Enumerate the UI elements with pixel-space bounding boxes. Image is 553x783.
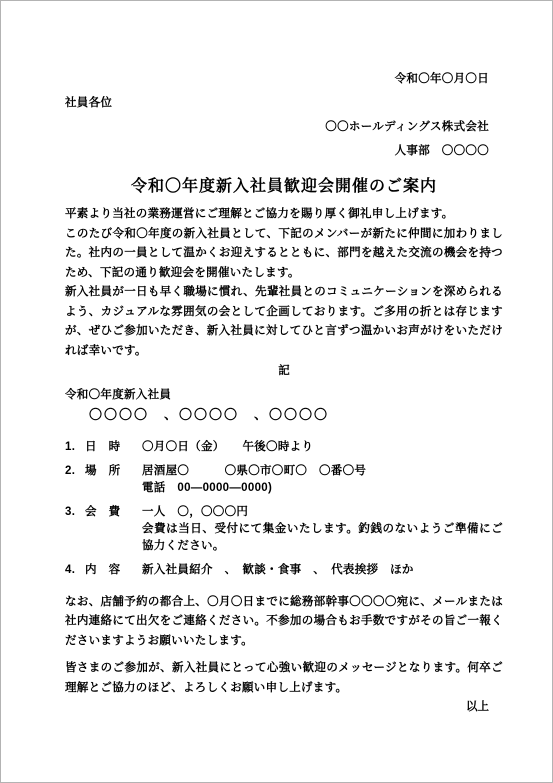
item-label: 日 時 [85,439,142,456]
item-phone: 電話 00―0000―0000) [142,480,503,497]
ki-marker: 記 [65,362,503,382]
purpose-paragraph: 新入社員が一日も早く職場に慣れ、先輩社員とのコミュニケーションを深められるよう、… [65,283,503,361]
details-list: 1. 日 時 〇月〇日（金） 午後〇時より 2. 場 所 居酒屋〇 〇県〇市〇町… [65,439,503,579]
newcomers-names: 〇〇〇〇 、〇〇〇〇 、〇〇〇〇 [65,405,503,425]
item-value: 一人 〇，〇〇〇円 [142,504,503,521]
item-number: 3. [65,504,85,555]
item-label: 会 費 [85,504,142,555]
list-item-place: 2. 場 所 居酒屋〇 〇県〇市〇町〇 〇番〇号 電話 00―0000―0000… [65,463,503,497]
item-label: 場 所 [85,463,142,497]
sender: 人事部 〇〇〇〇 [65,141,503,161]
newcomers-heading: 令和〇年度新入社員 [65,385,503,405]
date-line: 令和〇年〇月〇日 [65,69,503,89]
intro-paragraph: このたび令和〇年度の新入社員として、下記のメンバーが新たに仲間に加わりました。社… [65,225,503,284]
recipient: 社員各位 [65,93,503,113]
item-number: 2. [65,463,85,497]
item-note: 会費は当日、受付にて集金いたします。釣銭のないようご準備にご協力ください。 [142,521,503,555]
company-name: 〇〇ホールディングス株式会社 [65,117,503,137]
list-item-program: 4. 内 容 新入社員紹介 、 歓談・食事 、 代表挨拶 ほか [65,562,503,579]
closing-paragraph: 皆さまのご参加が、新入社員にとって心強い歓迎のメッセージとなります。何卒ご理解と… [65,659,503,698]
document-title: 令和〇年度新入社員歓迎会開催のご案内 [65,174,503,200]
item-number: 1. [65,439,85,456]
greeting-line: 平素より当社の業務運営にご理解とご協力を賜り厚く御礼申し上げます。 [65,205,503,225]
ijou-marker: 以上 [65,698,503,717]
list-item-fee: 3. 会 費 一人 〇，〇〇〇円 会費は当日、受付にて集金いたします。釣銭のない… [65,504,503,555]
document-page: 令和〇年〇月〇日 社員各位 〇〇ホールディングス株式会社 人事部 〇〇〇〇 令和… [0,0,553,783]
item-value: 新入社員紹介 、 歓談・食事 、 代表挨拶 ほか [142,562,503,579]
item-label: 内 容 [85,562,142,579]
list-item-datetime: 1. 日 時 〇月〇日（金） 午後〇時より [65,439,503,456]
rsvp-paragraph: なお、店舗予約の都合上、〇月〇日までに総務部幹事〇〇〇〇宛に、メールまたは社内連… [65,593,503,652]
item-number: 4. [65,562,85,579]
item-value: 居酒屋〇 〇県〇市〇町〇 〇番〇号 [142,463,503,480]
item-value: 〇月〇日（金） 午後〇時より [142,439,503,456]
